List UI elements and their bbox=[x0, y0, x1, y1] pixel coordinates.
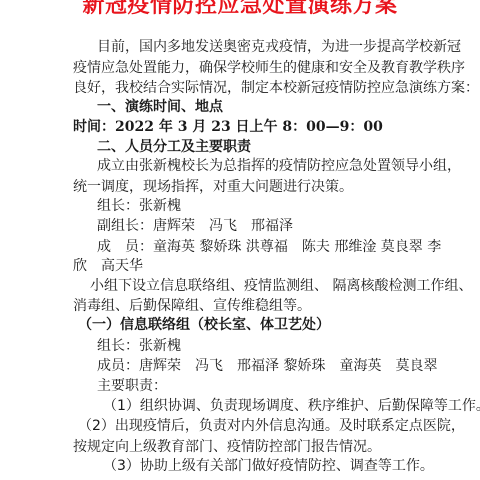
groups-line-2: 消毒组、后勤保障组、宣传维稳组等。 bbox=[73, 297, 311, 315]
duties-label: 主要职责： bbox=[97, 377, 167, 395]
members-line-2: 欣 高天华 bbox=[73, 257, 143, 275]
duty-2-line-1: （2）出现疫情后，负责对内外信息沟通。及时联系定点医院， bbox=[78, 417, 465, 435]
sub-leader: 组长：张新槐 bbox=[97, 337, 181, 355]
roles-para-line-2: 统一调度，现场指挥，对重大问题进行决策。 bbox=[73, 178, 353, 196]
duty-2-line-2: 按规定向上级教育部门、疫情防控部门报告情况。 bbox=[73, 438, 381, 456]
deputy-leaders: 副组长：唐辉荣 冯飞 邢福泽 bbox=[97, 217, 293, 235]
document-title: 新冠疫情防控应急处置演练方案 bbox=[0, 0, 480, 19]
groups-line-1: 小组下设立信息联络组、疫情监测组、 隔离核酸检测工作组、 bbox=[90, 277, 472, 295]
section-heading-roles: 二、人员分工及主要职责 bbox=[97, 138, 251, 156]
members-line-1: 成 员：童海英 黎娇珠 洪尊福 陈夫 邢维淦 莫良翠 李 bbox=[97, 238, 441, 256]
intro-line-1: 目前，国内多地发送奥密克戎疫情，为进一步提高学校新冠 bbox=[97, 38, 461, 56]
roles-para-line-1: 成立由张新槐校长为总指挥的疫情防控应急处置领导小组， bbox=[97, 157, 461, 175]
subsection-heading-info-liaison: （一）信息联络组（校长室、体卫艺处） bbox=[78, 316, 330, 334]
section-heading-time-place: 一、演练时间、地点 bbox=[97, 98, 223, 116]
group-leader: 组长：张新槐 bbox=[97, 197, 181, 215]
sub-members: 成员：唐辉荣 冯飞 邢福泽 黎娇珠 童海英 莫良翠 bbox=[97, 357, 437, 375]
intro-line-2: 疫情应急处置能力，确保学校师生的健康和安全及教育教学秩序 bbox=[73, 59, 465, 77]
intro-line-3: 良好，我校结合实际情况，制定本校新冠疫情防控应急演练方案： bbox=[73, 79, 479, 97]
duty-3: （3）协助上级有关部门做好疫情防控、调查等工作。 bbox=[103, 457, 434, 475]
drill-time: 时间：2022 年 3 月 23 日上午 8：00—9：00 bbox=[73, 118, 383, 136]
duty-1: （1）组织协调、负责现场调度、秩序维护、后勤保障等工作。 bbox=[103, 397, 480, 415]
